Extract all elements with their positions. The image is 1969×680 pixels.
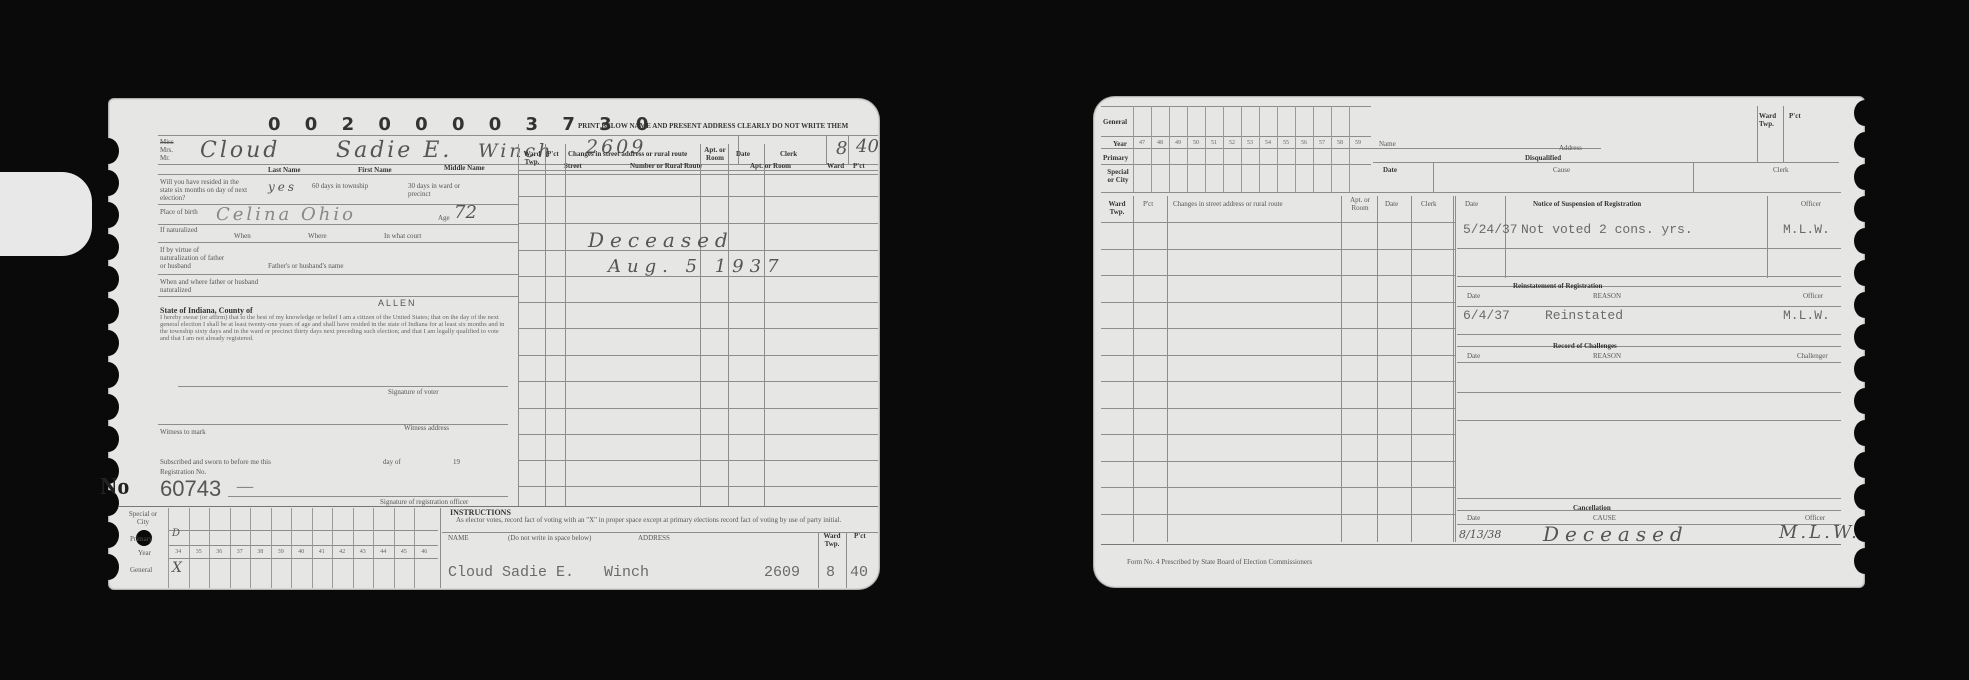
last-name-value: Cloud [200,138,280,163]
header-ward-twp: Ward Twp. [520,150,544,166]
vote-grid-column [1277,106,1278,192]
typed-ward: 8 [826,564,835,581]
vote-grid-column [1331,106,1332,192]
pct-value: 40 [856,136,879,157]
header-rein-reason: REASON [1593,292,1621,300]
card-edge-notch [97,426,119,452]
cancellation-officer: M.L.W. [1779,522,1860,543]
title-mr: Mr. [160,154,170,162]
strip-label-address: ADDRESS [638,534,670,542]
vote-grid-year: 36 [211,549,228,555]
vote-grid-column [1313,106,1314,192]
card-edge-notch [97,298,119,324]
vote-grid-year: 53 [1243,140,1257,146]
header-cancel-date: Date [1467,514,1480,522]
vote-grid-column [271,508,272,588]
general-mark: X [172,560,185,576]
card-edge-notch [97,138,119,164]
vote-grid-year: 37 [232,549,249,555]
label-year-prefix: 19 [453,458,460,466]
header-date: Date [1385,200,1398,208]
cancellation-title: Cancellation [1573,504,1611,512]
grid-label-year: Year [138,549,151,557]
scan-artifact [0,172,92,256]
grid-label-general: General [1103,118,1127,126]
vote-grid-year: 48 [1153,140,1167,146]
vote-grid-year: 43 [355,549,372,555]
header-chal-date: Date [1467,352,1480,360]
vote-grid-year: 39 [273,549,290,555]
card-edge-notch [97,362,119,388]
label-registration-no: Registration No. [160,468,206,476]
label-court: In what court [384,232,421,240]
residency-state-answer: yes [268,180,297,194]
row-line [1101,249,1455,250]
vote-grid-column [1169,106,1170,192]
vote-grid-column [312,508,313,588]
row-line [1101,275,1455,276]
card-edge-notch [1854,100,1876,126]
label-number: Number or Rural Route [630,162,702,170]
label-disq-clerk: Clerk [1773,166,1789,174]
header-rein-date: Date [1467,292,1480,300]
label-apt: Apt. or Room [750,162,791,170]
label-officer-signature: Signature of registration officer [380,498,468,506]
vote-grid-column [168,508,169,588]
label-ward-twp: Ward Twp. [1759,112,1779,128]
typed-street: Winch [604,564,649,581]
suspension-officer: M.L.W. [1783,222,1830,237]
card-edge-notch [97,266,119,292]
vote-grid-column [373,508,374,588]
header-apt: Apt. or Room [702,146,728,162]
row-line [1457,498,1841,499]
row-line [1101,487,1455,488]
vote-grid-column [1187,106,1188,192]
header-chal-reason: REASON [1593,352,1621,360]
oath-text: I hereby swear (or affirm) that to the b… [160,314,508,342]
card-edge-notch [1854,196,1876,222]
vote-grid-year: 54 [1261,140,1275,146]
vote-grid-year: 45 [396,549,413,555]
row-line [1457,306,1841,307]
vote-grid-column [353,508,354,588]
card-edge-notch [1854,324,1876,350]
card-edge-notch [97,522,119,548]
header-challenger: Challenger [1797,352,1828,360]
card-edge-notch [1854,356,1876,382]
residency-ward-question: 30 days in ward or precinct [408,182,478,198]
vote-grid-year: 52 [1225,140,1239,146]
label-disqualified: Disqualified [1525,154,1561,162]
label-subscribed: Subscribed and sworn to before me this [160,458,271,466]
vote-grid-year: 49 [1171,140,1185,146]
card-edge-notch [1854,452,1876,478]
registration-number: 60743 [160,476,221,502]
registration-card-front: 0 0 2 0 0 0 0 3 7 3 0 Print below name a… [108,98,880,590]
label-age: Age [438,214,450,222]
strip-label-ward: Ward Twp. [820,532,844,548]
vote-grid-column [1205,106,1206,192]
label-father-naturalized: When and where father or husband natural… [160,278,260,294]
title-mrs: Mrs. [160,146,173,154]
form-footer: Form No. 4 Prescribed by State Board of … [1127,558,1312,566]
vote-grid-year: 50 [1189,140,1203,146]
grid-label-special: Special or City [1105,168,1131,184]
row-line [1457,248,1841,249]
vote-grid-column [332,508,333,588]
card-edge-notch [1854,260,1876,286]
card-edge-notch [97,330,119,356]
vote-grid-year: 55 [1279,140,1293,146]
row-line [1101,302,1455,303]
typed-pct: 40 [850,564,868,581]
row-line [1101,514,1455,515]
grid-label-primary: Primary [1103,154,1128,162]
row-line [1457,510,1841,511]
label-first-name: First Name [358,166,392,174]
vote-grid-column [1349,106,1350,192]
label-last-name: Last Name [268,166,300,174]
vote-grid-year: 59 [1351,140,1365,146]
header-cancel-officer: Officer [1805,514,1825,522]
label-address: Address [1559,144,1582,152]
row-line [1457,362,1841,363]
card-edge-notch [97,554,119,580]
label-birthplace: Place of birth [160,208,200,216]
card-edge-notch [1854,420,1876,446]
card-edge-notch [97,202,119,228]
vote-grid-year: 51 [1207,140,1221,146]
header-changes: Changes in street address or rural route [568,150,698,158]
changes-entry-text: Deceased [588,228,734,252]
vote-grid-column [1259,106,1260,192]
vote-grid-year: 47 [1135,140,1149,146]
label-pct: P'ct [1789,112,1801,120]
row-line [1101,434,1455,435]
card-edge-notch [1854,228,1876,254]
vote-grid-year: 57 [1315,140,1329,146]
registration-no-mark: No [100,474,129,501]
birthplace-value: Celina Ohio [216,204,356,225]
vote-grid-column [291,508,292,588]
header-ward-twp: Ward Twp. [1103,200,1131,216]
row-line [1101,355,1455,356]
row-line [1101,461,1455,462]
reinstatement-title: Reinstatement of Registration [1513,282,1602,290]
header-cancel-cause: CAUSE [1593,514,1616,522]
vote-grid-year: 42 [334,549,351,555]
typed-name: Cloud Sadie E. [448,564,574,581]
header-date: Date [736,150,750,158]
vote-grid-year: 41 [314,549,331,555]
label-disq-cause: Cause [1553,166,1570,174]
challenges-title: Record of Challenges [1553,342,1617,350]
grid-label-primary: Primary [130,535,153,543]
residency-state-question: Will you have resided in the state six m… [160,178,250,202]
vote-grid-year: 38 [252,549,269,555]
reinstatement-officer: M.L.W. [1783,308,1830,323]
title-miss: Miss [160,138,174,146]
card-edge-notch [1854,388,1876,414]
vote-grid-column [394,508,395,588]
card-edge-notch [1854,164,1876,190]
first-name-value: Sadie E. [336,138,452,163]
row-line [1457,392,1841,393]
row-line [1457,420,1841,421]
vote-grid-column [1241,106,1242,192]
vote-grid-column [1295,106,1296,192]
row-line [1101,222,1455,223]
row-line [1101,408,1455,409]
cancellation-text: Deceased [1543,522,1689,546]
row-line [1101,381,1455,382]
age-value: 72 [454,202,477,223]
vote-grid-year: 46 [416,549,433,555]
instructions-text: As elector votes, record fact of voting … [456,516,876,524]
row-line [1457,276,1841,277]
vote-grid-year: 40 [293,549,310,555]
typed-number: 2609 [764,564,800,581]
card-edge-notch [1854,292,1876,318]
strip-label-pct: P'ct [854,532,866,540]
row-line [1101,328,1455,329]
card-edge-notch [97,394,119,420]
vote-grid-column [209,508,210,588]
vote-grid-column [1151,106,1152,192]
label-father-name: Father's or husband's name [268,262,343,270]
vote-grid-column [1223,106,1224,192]
label-ward: Ward [827,162,844,170]
grid-label-general: General [130,566,152,574]
header-rein-officer: Officer [1803,292,1823,300]
label-naturalization-by-virtue: If by virtue of naturalization of father… [160,246,230,270]
label-street: Street [564,162,582,170]
card-edge-notch [1854,484,1876,510]
suspension-text: Not voted 2 cons. yrs. [1521,222,1693,237]
label-naturalized: If naturalized [160,226,198,234]
residency-township-question: 60 days in township [312,182,372,190]
reinstatement-text: Reinstated [1545,308,1623,323]
grid-label-year: Year [1113,140,1127,148]
cancellation-date: 8/13/38 [1459,528,1501,541]
card-edge-notch [97,234,119,260]
primary-mark: D [172,528,183,539]
card-edge-notch [97,170,119,196]
header-suspension: Notice of Suspension of Registration [1533,200,1641,208]
changes-entry-date: Aug. 5 1937 [608,256,785,277]
vote-grid-column [230,508,231,588]
label-where: Where [308,232,327,240]
label-witness-mark: Witness to mark [160,428,206,436]
reinstatement-date: 6/4/37 [1463,308,1510,323]
strip-label-name: NAME [448,534,469,542]
header-clerk: Clerk [780,150,797,158]
label-pct: P'ct [853,162,865,170]
grid-label-special: Special or City [128,510,158,526]
label-middle-name: Middle Name [444,164,485,172]
header-apt: Apt. or Room [1345,196,1375,212]
header-susp-date: Date [1465,200,1478,208]
label-witness-address: Witness address [404,424,449,432]
strip-label-no-write: (Do not write in space below) [508,534,591,542]
label-signature-voter: Signature of voter [388,388,439,396]
header-pct: P'ct [1143,200,1153,208]
county-value: ALLEN [378,298,417,308]
label-day-of: day of [383,458,401,466]
vote-grid-year: 35 [191,549,208,555]
row-line [1457,346,1841,347]
label-name: Name [1379,140,1396,148]
ward-value: 8 [836,138,847,159]
label-when: When [234,232,251,240]
header-changes: Changes in street address or rural route [1173,200,1339,208]
label-disq-date: Date [1383,166,1397,174]
vote-grid-column [189,508,190,588]
suspension-date: 5/24/37 [1463,222,1518,237]
vote-grid-column [1133,106,1134,192]
vote-grid-column [250,508,251,588]
header-instruction: Print below name and present address CLE… [578,122,848,131]
header-pct: P'ct [547,150,559,158]
row-line [1457,334,1841,335]
vote-grid-year: 56 [1297,140,1311,146]
vote-grid-column [414,508,415,588]
vote-grid-year: 58 [1333,140,1347,146]
registration-card-back: General Year Primary Special or City 474… [1093,96,1865,588]
vote-grid-year: 34 [170,549,187,555]
card-edge-notch [1854,132,1876,158]
card-edge-notch [1854,548,1876,574]
header-susp-officer: Officer [1801,200,1821,208]
vote-grid-year: 44 [375,549,392,555]
header-clerk: Clerk [1421,200,1437,208]
